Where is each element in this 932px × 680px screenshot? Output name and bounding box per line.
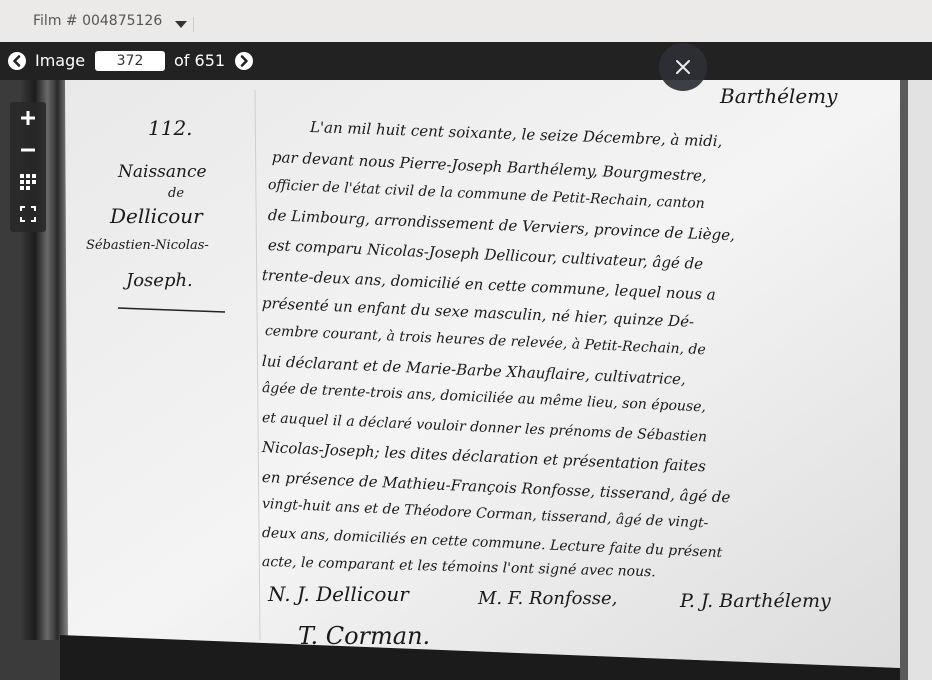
entry-number: 112.: [148, 116, 193, 140]
signature-ronfosse: M. F. Ronfosse,: [478, 588, 617, 609]
image-total-label: of 651: [174, 51, 225, 70]
expand-icon: [20, 206, 36, 222]
header-signature: Barthélemy: [720, 84, 837, 108]
chevron-right-icon: [235, 52, 253, 70]
image-label: Image: [35, 51, 85, 70]
signature-dellicour: N. J. Dellicour: [268, 582, 409, 606]
margin-title: Naissance: [118, 162, 207, 182]
chevron-left-icon: [8, 52, 26, 70]
film-header-bar: Film # 004875126: [0, 0, 932, 42]
margin-given-names: Sébastien-Nicolas-: [86, 238, 209, 253]
viewer-zoom-controls: [10, 102, 46, 232]
record-image-viewer[interactable]: 112. Naissance de Dellicour Sébastien-Ni…: [0, 80, 932, 680]
grid-icon: [20, 174, 36, 190]
margin-surname: Dellicour: [110, 204, 203, 228]
previous-image-button[interactable]: [8, 52, 26, 70]
plus-icon: [20, 110, 36, 126]
signature-barthelemy: P. J. Barthélemy: [680, 590, 831, 612]
margin-de: de: [168, 186, 184, 201]
signature-corman: T. Corman.: [298, 622, 430, 650]
minus-icon: [20, 142, 36, 158]
film-number-label: Film # 004875126: [33, 13, 162, 29]
film-dropdown-caret-icon[interactable]: [175, 21, 187, 28]
close-viewer-button[interactable]: [659, 43, 707, 91]
zoom-out-button[interactable]: [10, 134, 46, 166]
image-navigation-bar: Image of 651: [0, 42, 932, 80]
divider: [193, 17, 194, 32]
margin-given-names-2: Joseph.: [126, 270, 193, 291]
close-icon: [675, 59, 691, 75]
zoom-in-button[interactable]: [10, 102, 46, 134]
fullscreen-button[interactable]: [10, 198, 46, 230]
gallery-view-button[interactable]: [10, 166, 46, 198]
next-image-button[interactable]: [235, 52, 253, 70]
image-number-input[interactable]: [95, 51, 165, 71]
